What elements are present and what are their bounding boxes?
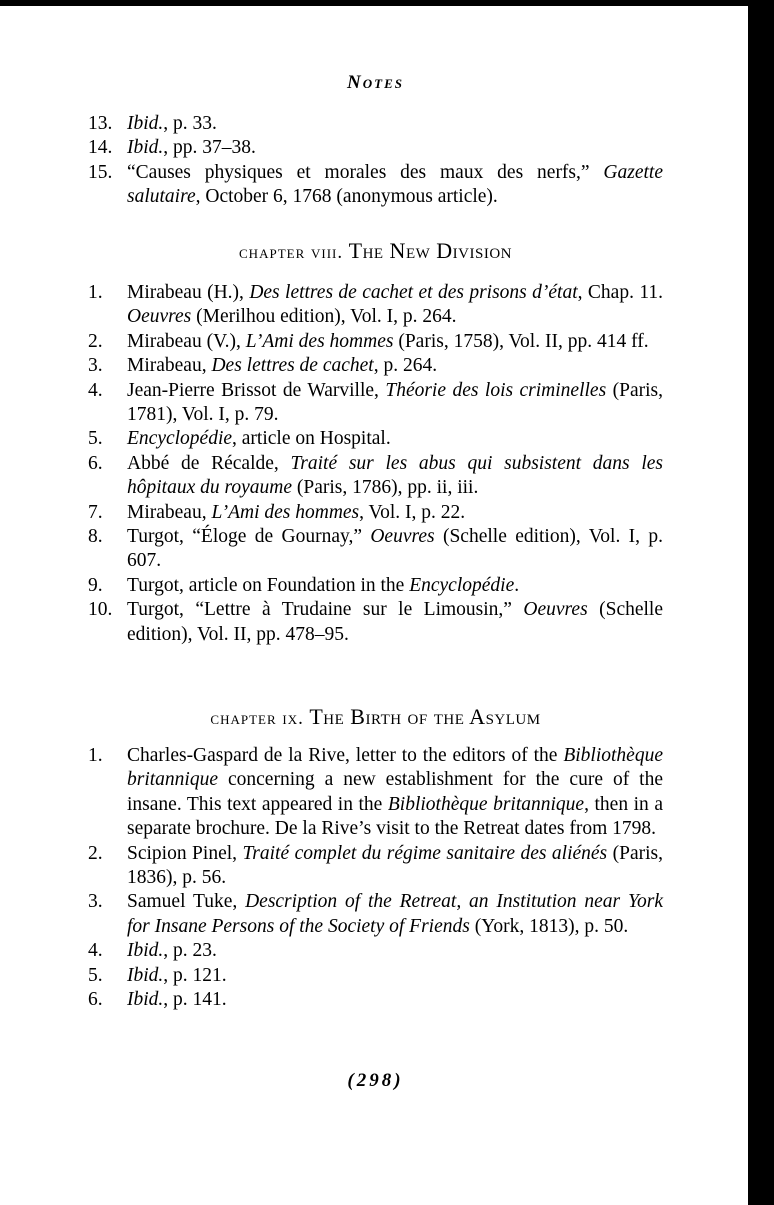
text-run: Mirabeau, [127,502,211,523]
chapter-label: Chapter IX. [210,708,303,729]
footnote-text: Ibid., pp. 37–38. [127,136,663,160]
footnote: 10.Turgot, “Lettre à Trudaine sur le Lim… [88,598,663,647]
text-run: , Vol. I, p. 22. [359,502,465,523]
footnote-text: Turgot, “Éloge de Gournay,” Oeuvres (Sch… [127,525,663,574]
italic-title: Des lettres de cachet et des prisons d’é… [249,282,577,303]
footnote: 13.Ibid., p. 33. [88,112,663,136]
notes-chapter-viii: 1.Mirabeau (H.), Des lettres de cachet e… [88,281,663,647]
text-run: , Chap. 11. [578,282,663,303]
chapter-label: Chapter VIII. [239,242,343,263]
notes-chapter-vii-tail: 13.Ibid., p. 33.14.Ibid., pp. 37–38.15.“… [88,112,663,210]
text-run: , article on Hospital. [232,428,391,449]
footnote-number: 1. [88,744,127,768]
footnote: 14.Ibid., pp. 37–38. [88,136,663,160]
running-head: Notes [88,72,663,94]
footnote: 5.Encyclopédie, article on Hospital. [88,427,663,451]
text-run: , p. 23. [163,940,217,961]
text-run: Jean-Pierre Brissot de Warville, [127,380,385,401]
footnote-number: 13. [88,112,127,136]
footnote-number: 3. [88,354,127,378]
footnote: 6.Abbé de Récalde, Traité sur les abus q… [88,452,663,501]
text-run: , pp. 37–38. [163,137,256,158]
footnote-text: Charles-Gaspard de la Rive, letter to th… [127,744,663,842]
footnote-number: 7. [88,501,127,525]
italic-title: Encyclopédie [127,428,232,449]
footnote: 9.Turgot, article on Foundation in the E… [88,574,663,598]
text-run: Charles-Gaspard de la Rive, letter to th… [127,745,563,766]
notes-chapter-ix: 1.Charles-Gaspard de la Rive, letter to … [88,744,663,1012]
footnote: 3.Mirabeau, Des lettres de cachet, p. 26… [88,354,663,378]
footnote-text: Ibid., p. 141. [127,988,663,1012]
footnote-number: 1. [88,281,127,305]
footnote: 1.Mirabeau (H.), Des lettres de cachet e… [88,281,663,330]
footnote: 5.Ibid., p. 121. [88,964,663,988]
text-run: Mirabeau, [127,355,211,376]
footnote-text: Turgot, article on Foundation in the Enc… [127,574,663,598]
italic-title: Oeuvres [523,599,587,620]
italic-title: Théorie des lois criminelles [385,380,606,401]
page-number: (298) [88,1070,663,1092]
footnote-number: 2. [88,842,127,866]
footnote-text: Mirabeau, Des lettres de cachet, p. 264. [127,354,663,378]
footnote-number: 14. [88,136,127,160]
text-run: Turgot, article on Foundation in the [127,575,409,596]
italic-title: Ibid. [127,113,163,134]
italic-title: Encyclopédie [409,575,514,596]
footnote-text: Mirabeau (V.), L’Ami des hommes (Paris, … [127,330,663,354]
footnote-number: 4. [88,939,127,963]
text-run: Mirabeau (V.), [127,331,246,352]
text-run: Turgot, “Lettre à Trudaine sur le Limous… [127,599,523,620]
text-run: “Causes physiques et morales des maux de… [127,162,603,183]
footnote: 7.Mirabeau, L’Ami des hommes, Vol. I, p.… [88,501,663,525]
text-run: , p. 121. [163,965,226,986]
footnote-number: 3. [88,890,127,914]
footnote-number: 8. [88,525,127,549]
text-run: Scipion Pinel, [127,843,243,864]
footnote: 15.“Causes physiques et morales des maux… [88,161,663,210]
footnote-text: Jean-Pierre Brissot de Warville, Théorie… [127,379,663,428]
text-run: Turgot, “Éloge de Gournay,” [127,526,370,547]
footnote: 3.Samuel Tuke, Description of the Retrea… [88,890,663,939]
scan-top-border [0,0,774,6]
text-run: . [514,575,519,596]
footnote-text: Mirabeau (H.), Des lettres de cachet et … [127,281,663,330]
chapter-heading-ix: Chapter IX. The Birth of the Asylum [88,705,663,731]
italic-title: L’Ami des hommes [246,331,394,352]
footnote-number: 5. [88,964,127,988]
text-run: (Merilhou edition), Vol. I, p. 264. [191,306,456,327]
footnote-text: Abbé de Récalde, Traité sur les abus qui… [127,452,663,501]
text-run: , p. 141. [163,989,226,1010]
footnote-number: 6. [88,988,127,1012]
text-run: (York, 1813), p. 50. [470,916,628,937]
text-run: , p. 33. [163,113,217,134]
text-run: (Paris, 1758), Vol. II, pp. 414 ff. [393,331,648,352]
italic-title: Bibliothèque britannique [388,794,584,815]
footnote-text: “Causes physiques et morales des maux de… [127,161,663,210]
footnote-number: 6. [88,452,127,476]
italic-title: Ibid. [127,940,163,961]
footnote-text: Mirabeau, L’Ami des hommes, Vol. I, p. 2… [127,501,663,525]
text-run: , October 6, 1768 (anonymous article). [196,186,498,207]
scan-right-border [748,0,774,1205]
footnote: 1.Charles-Gaspard de la Rive, letter to … [88,744,663,842]
italic-title: Ibid. [127,989,163,1010]
footnote-text: Samuel Tuke, Description of the Retreat,… [127,890,663,939]
footnote-number: 10. [88,598,127,622]
text-run: Mirabeau (H.), [127,282,249,303]
footnote-number: 9. [88,574,127,598]
footnote-number: 4. [88,379,127,403]
footnote: 2.Scipion Pinel, Traité complet du régim… [88,842,663,891]
italic-title: Des lettres de cachet [211,355,373,376]
footnote-text: Ibid., p. 121. [127,964,663,988]
text-run: Abbé de Récalde, [127,453,291,474]
footnote: 4.Ibid., p. 23. [88,939,663,963]
italic-title: Ibid. [127,137,163,158]
footnote: 2.Mirabeau (V.), L’Ami des hommes (Paris… [88,330,663,354]
chapter-title: The New Division [349,238,512,263]
footnote-text: Turgot, “Lettre à Trudaine sur le Limous… [127,598,663,647]
italic-title: L’Ami des hommes [211,502,359,523]
footnote: 8.Turgot, “Éloge de Gournay,” Oeuvres (S… [88,525,663,574]
chapter-title: The Birth of the Asylum [309,704,540,729]
footnote-number: 5. [88,427,127,451]
footnote: 6.Ibid., p. 141. [88,988,663,1012]
footnote-number: 2. [88,330,127,354]
italic-title: Oeuvres [370,526,434,547]
footnote-number: 15. [88,161,127,185]
text-run: , p. 264. [374,355,437,376]
footnote-text: Encyclopédie, article on Hospital. [127,427,663,451]
text-run: Samuel Tuke, [127,891,245,912]
footnote: 4.Jean-Pierre Brissot de Warville, Théor… [88,379,663,428]
text-run: (Paris, 1786), pp. ii, iii. [292,477,478,498]
footnote-text: Ibid., p. 23. [127,939,663,963]
footnote-text: Ibid., p. 33. [127,112,663,136]
italic-title: Oeuvres [127,306,191,327]
footnote-text: Scipion Pinel, Traité complet du régime … [127,842,663,891]
chapter-heading-viii: Chapter VIII. The New Division [88,239,663,265]
italic-title: Traité complet du régime sanitaire des a… [243,843,608,864]
italic-title: Ibid. [127,965,163,986]
